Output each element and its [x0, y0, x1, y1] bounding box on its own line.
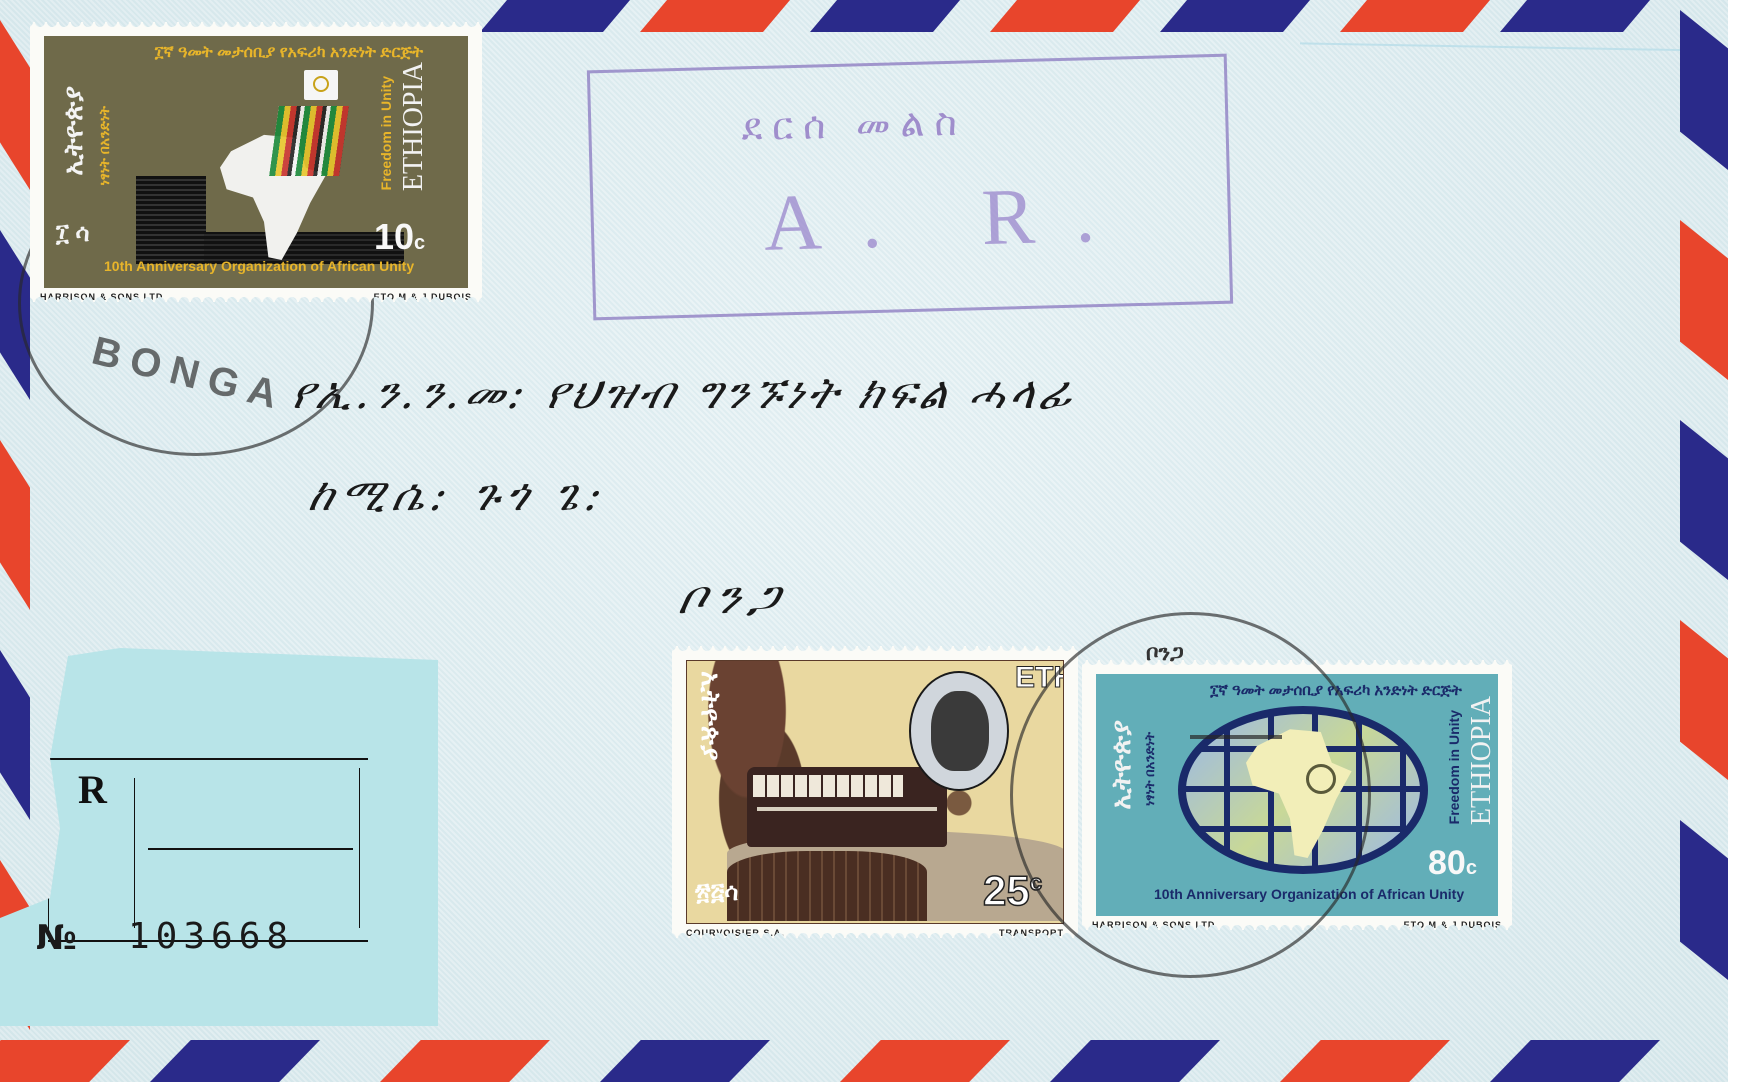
stamp-caption: 10th Anniversary Organization of African… [104, 258, 414, 274]
bus-icon [747, 767, 947, 847]
stamp-caption: TRANSPORT [999, 928, 1064, 938]
airmail-stripe [1490, 1040, 1660, 1082]
registration-letter: R [78, 766, 107, 813]
stamp-country-amharic: ኢትዮጵያ [58, 86, 89, 176]
stamp-amharic-title: ፲ኛ ዓመት መታሰቢያ የአፍሪካ አንድነት ድርጅት [124, 44, 454, 62]
airmail-stripe [1500, 0, 1650, 32]
registration-number-sign: № [36, 918, 77, 958]
airmail-stripe [640, 0, 790, 32]
airmail-stripe [1340, 0, 1490, 32]
stamp-printer: COURVOISIER S.A. [686, 928, 785, 938]
postmark-bar [1190, 735, 1282, 739]
airmail-stripe [1050, 1040, 1220, 1082]
registration-number: 103668 [128, 916, 294, 957]
stamp-value-amharic: ፲ ሳ [56, 220, 90, 248]
bridge-wall-icon [727, 851, 927, 921]
stamp-value: 10c [374, 216, 425, 258]
stamp-designer: ETO M & J DUBOIS [374, 292, 472, 302]
airmail-stripe [1160, 0, 1310, 32]
stamp-oau-10c: ፲ኛ ዓመት መታሰቢያ የአፍሪካ አንድነት ድርጅት ኢትዮጵያ ነፃነት… [30, 22, 482, 302]
airmail-stripe [990, 0, 1140, 32]
airmail-stripe [0, 1040, 130, 1082]
oau-building-icon [136, 176, 206, 264]
postmark-circle-bonga-amharic [1010, 612, 1371, 978]
stamp-designer: ETO M & J DUBOIS [1404, 920, 1502, 930]
african-flags-icon [269, 106, 349, 176]
address-line-1: የኢ.ን.ን.መ: የህዝብ ግንኙነት ክፍል ሓላፊ [286, 368, 1083, 419]
airmail-envelope: ደርሰ መልስ A. R. BONGA ፲ኛ ዓመት መታሰቢያ የአፍሪካ አ… [0, 0, 1728, 1082]
ar-handstamp-letters: A. R. [763, 169, 1136, 270]
airmail-stripe [1680, 420, 1728, 580]
airmail-stripe [1280, 1040, 1450, 1082]
airmail-stripe [0, 650, 30, 820]
registration-label: R № 103668 [0, 648, 438, 1026]
airmail-stripe [600, 1040, 770, 1082]
stamp-value-amharic: ፳፭ሳ [695, 879, 738, 907]
airmail-stripe [1680, 220, 1728, 380]
stamp-printer: HARRISON & SONS LTD [40, 292, 163, 302]
airmail-stripe [0, 20, 30, 190]
airmail-stripe [810, 0, 960, 32]
stamp-motto: Freedom in Unity [1446, 710, 1462, 824]
ar-handstamp-amharic: ደርሰ መልስ [741, 102, 967, 151]
envelope-flap-edge [1300, 42, 1710, 51]
stamp-country: ETHIOPIA [1466, 696, 1498, 825]
stamp-value: 80c [1428, 844, 1477, 883]
ar-handstamp: ደርሰ መልስ A. R. [587, 54, 1233, 321]
address-line-3: ቦንጋ [673, 570, 796, 626]
stamp-subtitle-amharic: ነፃነት በአንድነት [96, 106, 112, 186]
emperor-portrait-icon [909, 671, 1009, 791]
stamp-motto: Freedom in Unity [378, 76, 394, 190]
airmail-stripe [1680, 10, 1728, 170]
airmail-stripe [1680, 820, 1728, 980]
airmail-stripe [840, 1040, 1010, 1082]
address-line-2: ከሚሴ: ጉጎ ጌ: [304, 470, 614, 521]
airmail-stripe [480, 0, 630, 32]
postmark-town-amharic: ቦንጋ [1146, 640, 1184, 666]
stamp-country-amharic: ኢትዮጵያ [695, 671, 726, 761]
airmail-stripe [0, 440, 30, 610]
oau-flag-icon [304, 70, 338, 100]
airmail-stripe [150, 1040, 320, 1082]
airmail-stripe [1680, 620, 1728, 780]
stamp-country: ETHIOPIA [398, 62, 430, 191]
airmail-stripe [380, 1040, 550, 1082]
